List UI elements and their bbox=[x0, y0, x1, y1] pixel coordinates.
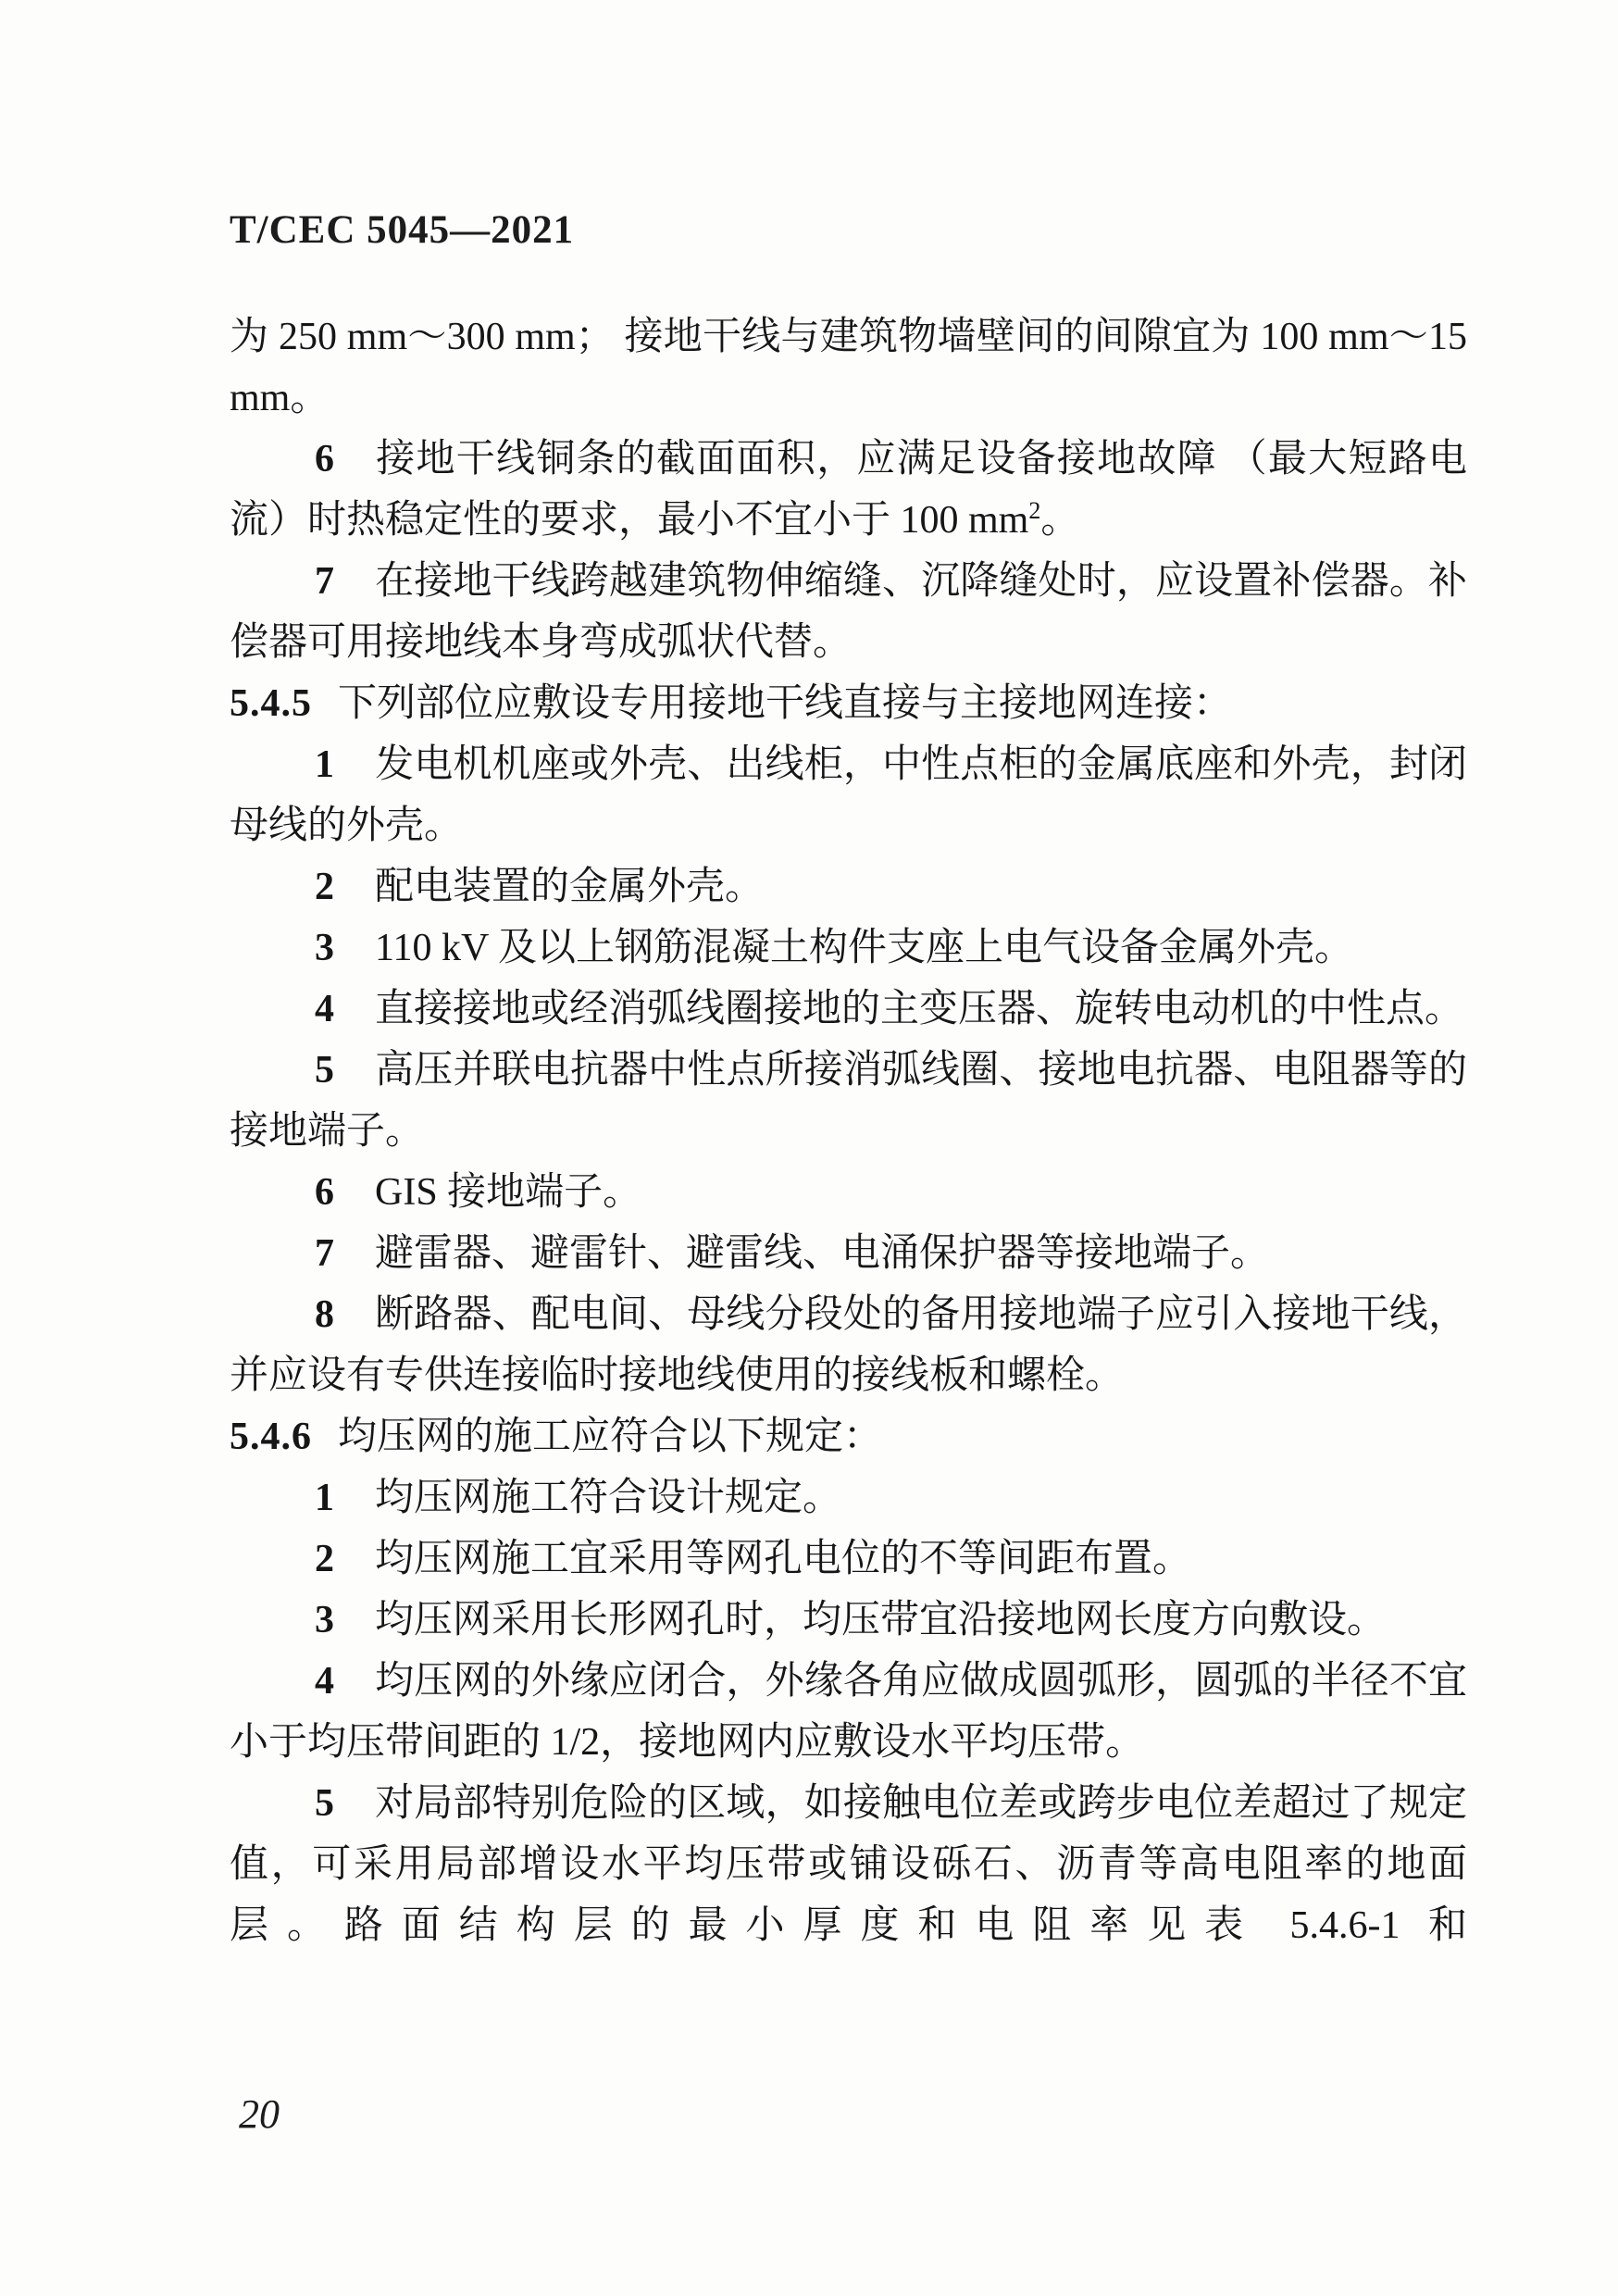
item-number: 2 bbox=[315, 866, 334, 908]
paragraph-text: 直接接地或经消弧线圈接地的主变压器、旋转电动机的中性点。 bbox=[375, 988, 1463, 1030]
list-item: 5对局部特别危险的区域，如接触电位差或跨步电位差超过了规定值，可采用局部增设水平… bbox=[230, 1773, 1467, 1956]
list-item: 5高压并联电抗器中性点所接消弧线圈、接地电抗器、电阻器等的接地端子。 bbox=[230, 1040, 1467, 1162]
paragraph-text: 避雷器、避雷针、避雷线、电涌保护器等接地端子。 bbox=[375, 1232, 1269, 1275]
item-number: 7 bbox=[315, 560, 334, 603]
item-number: 1 bbox=[315, 1477, 334, 1519]
item-number: 4 bbox=[315, 988, 334, 1030]
list-item: 3110 kV 及以上钢筋混凝土构件支座上电气设备金属外壳。 bbox=[230, 917, 1467, 979]
list-item: 1均压网施工符合设计规定。 bbox=[230, 1467, 1467, 1529]
paragraph-text: 。 bbox=[1040, 499, 1079, 542]
clause-heading: 5.4.6均压网的施工应符合以下规定： bbox=[230, 1406, 1467, 1467]
paragraph-text: 高压并联电抗器中性点所接消弧线圈、接地电抗器、电阻器等的接地端子。 bbox=[230, 1049, 1467, 1153]
paragraph-text: 为 250 mm～300 mm； 接地干线与建筑物墙壁间的间隙宜为 100 mm… bbox=[230, 316, 1467, 419]
clause-heading: 5.4.5下列部位应敷设专用接地干线直接与主接地网连接： bbox=[230, 673, 1467, 734]
document-body: 为 250 mm～300 mm； 接地干线与建筑物墙壁间的间隙宜为 100 mm… bbox=[230, 306, 1467, 1956]
list-item: 2均压网施工宜采用等网孔电位的不等间距布置。 bbox=[230, 1529, 1467, 1590]
paragraph-text: 均压网采用长形网孔时，均压带宜沿接地网长度方向敷设。 bbox=[375, 1599, 1386, 1641]
paragraph-continuation: 为 250 mm～300 mm； 接地干线与建筑物墙壁间的间隙宜为 100 mm… bbox=[230, 306, 1467, 429]
item-number: 1 bbox=[315, 743, 334, 786]
paragraph-text: 均压网的外缘应闭合，外缘各角应做成圆弧形，圆弧的半径不宜小于均压带间距的 1/2… bbox=[230, 1660, 1467, 1764]
list-item: 2配电装置的金属外壳。 bbox=[230, 856, 1467, 917]
item-number: 8 bbox=[315, 1293, 334, 1336]
list-item: 3均压网采用长形网孔时，均压带宜沿接地网长度方向敷设。 bbox=[230, 1590, 1467, 1651]
list-item: 4均压网的外缘应闭合，外缘各角应做成圆弧形，圆弧的半径不宜小于均压带间距的 1/… bbox=[230, 1651, 1467, 1773]
page-number: 20 bbox=[239, 2090, 280, 2138]
list-item: 7在接地干线跨越建筑物伸缩缝、沉降缝处时，应设置补偿器。补偿器可用接地线本身弯成… bbox=[230, 551, 1467, 673]
list-item: 8断路器、配电间、母线分段处的备用接地端子应引入接地干线，并应设有专供连接临时接… bbox=[230, 1284, 1467, 1406]
paragraph-text: GIS 接地端子。 bbox=[375, 1171, 641, 1214]
list-item: 1发电机机座或外壳、出线柜，中性点柜的金属底座和外壳，封闭母线的外壳。 bbox=[230, 734, 1467, 856]
item-number: 5 bbox=[315, 1782, 334, 1825]
paragraph-text: 在接地干线跨越建筑物伸缩缝、沉降缝处时，应设置补偿器。补偿器可用接地线本身弯成弧… bbox=[230, 560, 1467, 664]
list-item: 7避雷器、避雷针、避雷线、电涌保护器等接地端子。 bbox=[230, 1223, 1467, 1284]
paragraph-text: 断路器、配电间、母线分段处的备用接地端子应引入接地干线，并应设有专供连接临时接地… bbox=[230, 1293, 1467, 1397]
document-page: T/CEC 5045—2021 为 250 mm～300 mm； 接地干线与建筑… bbox=[0, 0, 1618, 2296]
item-number: 6 bbox=[315, 1171, 334, 1214]
paragraph-text: 均压网施工宜采用等网孔电位的不等间距布置。 bbox=[375, 1538, 1191, 1580]
item-number: 3 bbox=[315, 1599, 334, 1641]
item-number: 3 bbox=[315, 927, 334, 969]
item-number: 4 bbox=[315, 1660, 334, 1703]
paragraph-text: 均压网施工符合设计规定。 bbox=[375, 1477, 841, 1519]
paragraph-text: 发电机机座或外壳、出线柜，中性点柜的金属底座和外壳，封闭母线的外壳。 bbox=[230, 743, 1467, 847]
standard-number-header: T/CEC 5045—2021 bbox=[230, 207, 574, 253]
list-item: 6GIS 接地端子。 bbox=[230, 1162, 1467, 1223]
clause-number: 5.4.6 bbox=[230, 1416, 312, 1458]
superscript-exponent: 2 bbox=[1028, 497, 1040, 524]
paragraph-text: 配电装置的金属外壳。 bbox=[375, 866, 764, 908]
item-number: 2 bbox=[315, 1538, 334, 1580]
paragraph-text: 对局部特别危险的区域，如接触电位差或跨步电位差超过了规定值，可采用局部增设水平均… bbox=[230, 1782, 1467, 1947]
item-number: 6 bbox=[315, 438, 334, 480]
clause-number: 5.4.5 bbox=[230, 682, 312, 725]
paragraph-text: 接地干线铜条的截面面积，应满足设备接地故障 （最大短路电流）时热稳定性的要求，最… bbox=[230, 438, 1467, 542]
paragraph-text: 110 kV 及以上钢筋混凝土构件支座上电气设备金属外壳。 bbox=[375, 927, 1353, 969]
item-number: 5 bbox=[315, 1049, 334, 1092]
list-item: 4直接接地或经消弧线圈接地的主变压器、旋转电动机的中性点。 bbox=[230, 979, 1467, 1040]
list-item: 6接地干线铜条的截面面积，应满足设备接地故障 （最大短路电流）时热稳定性的要求，… bbox=[230, 429, 1467, 551]
paragraph-text: 下列部位应敷设专用接地干线直接与主接地网连接： bbox=[338, 682, 1232, 725]
item-number: 7 bbox=[315, 1232, 334, 1275]
paragraph-text: 均压网的施工应符合以下规定： bbox=[338, 1416, 882, 1458]
